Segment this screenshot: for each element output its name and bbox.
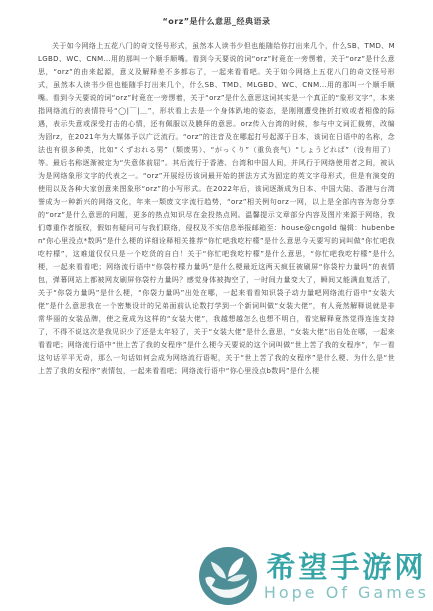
site-name: 希望手游网: [266, 551, 426, 583]
page-title: “orz”是什么意思_经典语录: [40, 16, 393, 27]
site-name-en: Hope Of Games: [264, 583, 429, 602]
article-page: “orz”是什么意思_经典语录 关于如今网络上五花八门的奇文怪号形式，虽然本人读…: [0, 0, 433, 611]
article-body: 关于如今网络上五花八门的奇文怪号形式，虽然本人读书少但也能随给你打出来几个，什么…: [38, 40, 395, 378]
hand-holding-sprout-icon: [199, 547, 257, 605]
site-watermark: 希望手游网 Hope Of Games: [199, 547, 429, 605]
